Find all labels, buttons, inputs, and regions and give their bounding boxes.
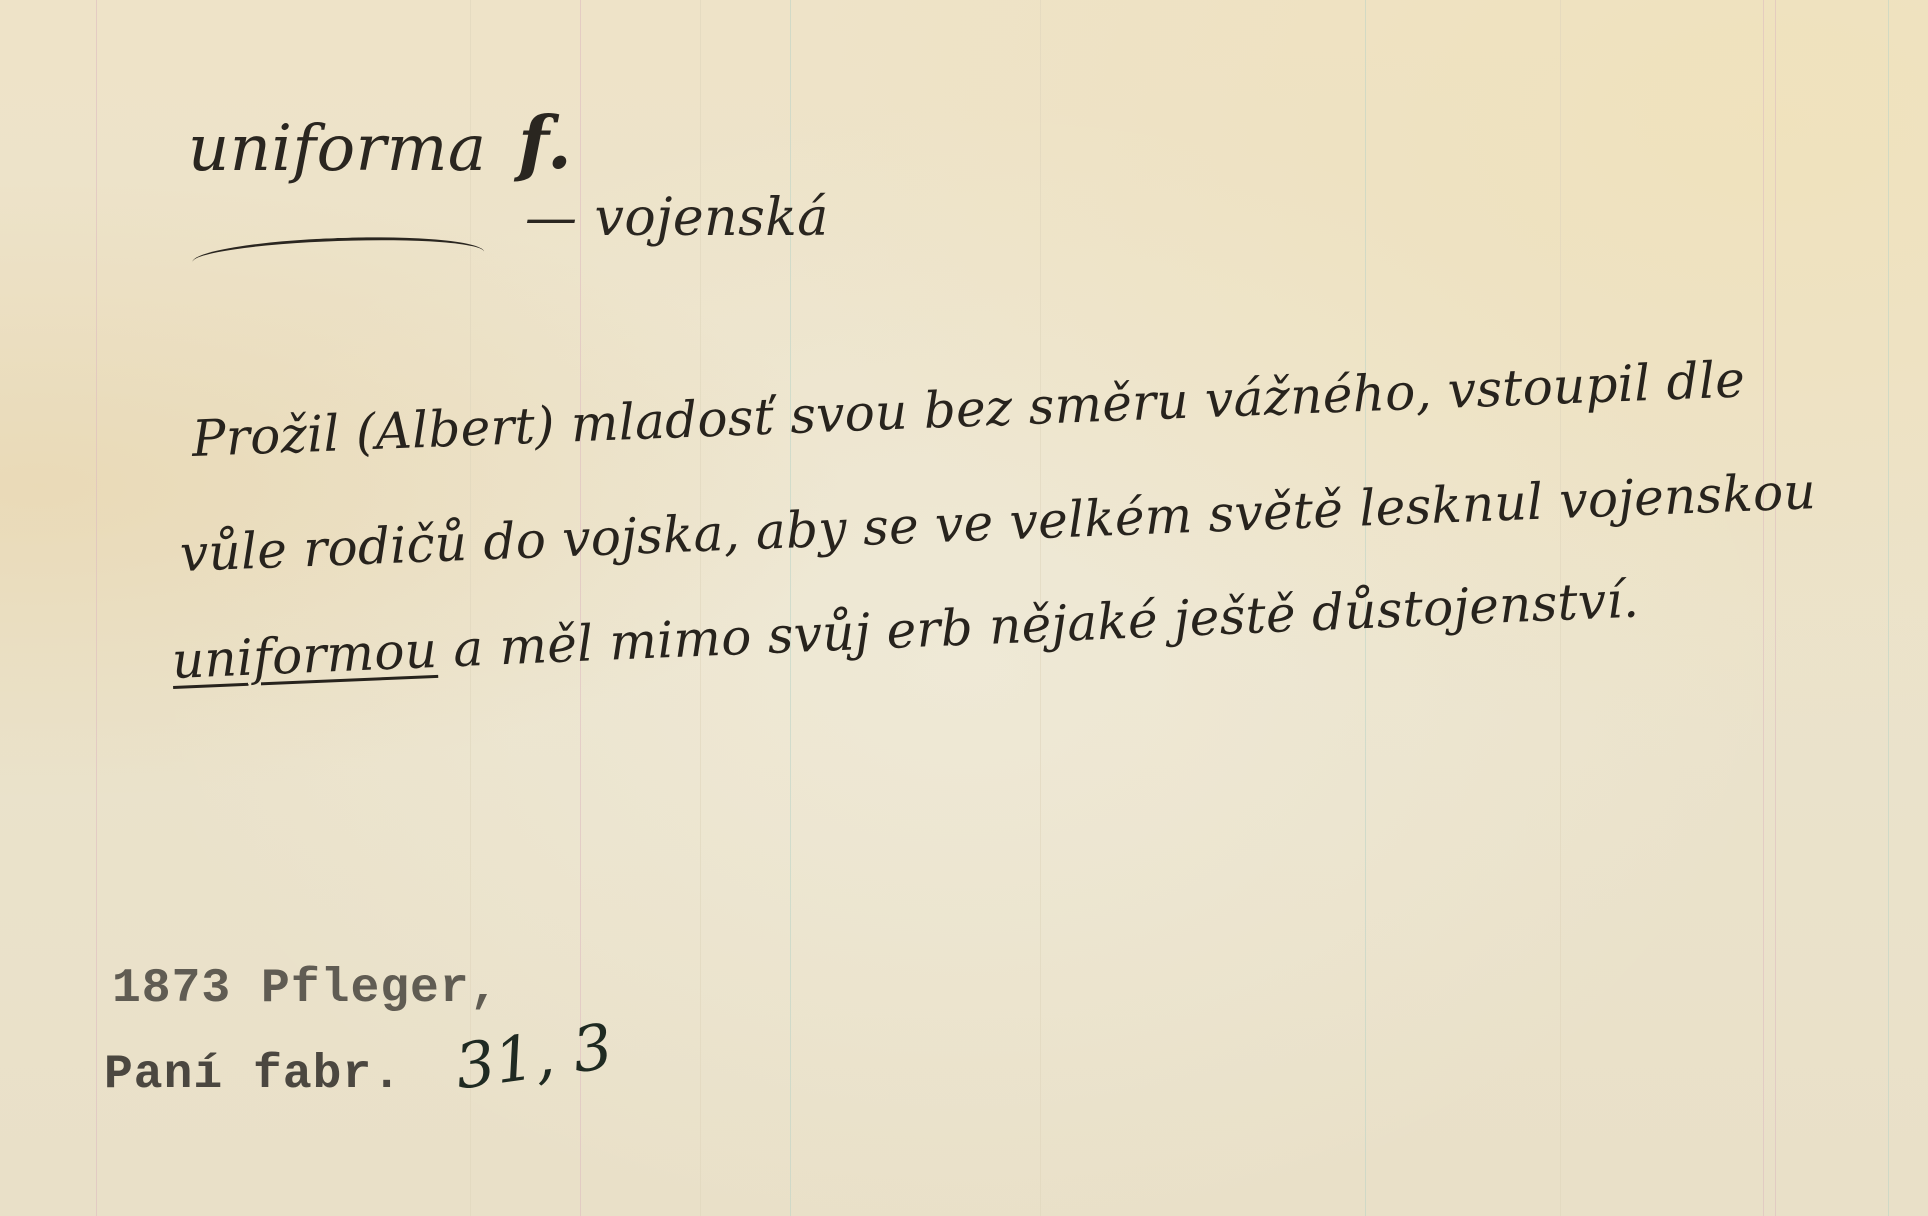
paper-rule: [1775, 0, 1776, 1216]
source-year-author: 1873 Pfleger,: [112, 962, 499, 1016]
quote-line-2: vůle rodičů do vojska, aby se ve velkém …: [179, 462, 1817, 583]
quote-line-1: Prožil (Albert) mladosť svou bez směru v…: [191, 350, 1746, 468]
paper-rule: [700, 0, 701, 1216]
citation-card: uniforma f. — vojenská Prožil (Albert) m…: [0, 0, 1928, 1216]
quote-line-3: uniformou a měl mimo svůj erb nějaké ješ…: [171, 571, 1640, 690]
sense-label: — vojenská: [525, 188, 829, 248]
grammatical-gender: f.: [518, 100, 572, 185]
quote-line-3-rest: a měl mimo svůj erb nějaké ještě důstoje…: [436, 571, 1640, 679]
quote-keyword: uniformou: [171, 621, 439, 690]
paper-rule: [1888, 0, 1889, 1216]
headword-repeat-dash: [192, 233, 485, 266]
margin-rule: [96, 0, 97, 1216]
paper-rule: [1763, 0, 1764, 1216]
source-title: Paní fabr.: [104, 1048, 402, 1102]
source-page-reference: 31, 3: [451, 1009, 617, 1103]
headword: uniforma: [188, 112, 487, 186]
